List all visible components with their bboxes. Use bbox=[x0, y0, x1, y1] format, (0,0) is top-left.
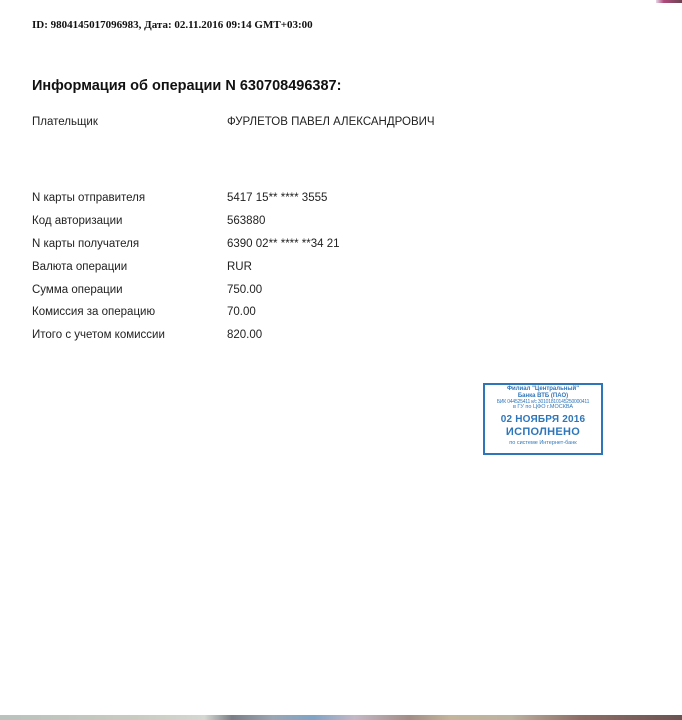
recipient-card-row: N карты получателя 6390 02** **** **34 2… bbox=[32, 238, 532, 254]
stamp-date: 02 НОЯБРЯ 2016 bbox=[485, 415, 601, 425]
currency-value: RUR bbox=[227, 261, 252, 273]
sender-card-value: 5417 15** **** 3555 bbox=[227, 192, 327, 204]
currency-row: Валюта операции RUR bbox=[32, 261, 532, 277]
payer-label: Плательщик bbox=[32, 116, 98, 128]
currency-label: Валюта операции bbox=[32, 261, 127, 273]
amount-value: 750.00 bbox=[227, 284, 262, 296]
recipient-card-label: N карты получателя bbox=[32, 238, 139, 250]
fee-label: Комиссия за операцию bbox=[32, 306, 155, 318]
auth-code-label: Код авторизации bbox=[32, 215, 122, 227]
fee-value: 70.00 bbox=[227, 306, 256, 318]
recipient-card-value: 6390 02** **** **34 21 bbox=[227, 238, 340, 250]
bank-execution-stamp: Филиал "Центральный" Банка ВТБ (ПАО) БИК… bbox=[483, 383, 603, 455]
payer-value: ФУРЛЕТОВ ПАВЕЛ АЛЕКСАНДРОВИЧ bbox=[227, 116, 435, 128]
sender-card-row: N карты отправителя 5417 15** **** 3555 bbox=[32, 192, 532, 208]
stamp-gu: в ГУ по ЦФО г.МОСКВА bbox=[485, 405, 601, 411]
stamp-branch: Филиал "Центральный" bbox=[485, 386, 601, 392]
document-id-date-header: ID: 9804145017096983, Дата: 02.11.2016 0… bbox=[32, 19, 313, 31]
payer-row: Плательщик ФУРЛЕТОВ ПАВЕЛ АЛЕКСАНДРОВИЧ bbox=[32, 116, 532, 132]
total-label: Итого с учетом комиссии bbox=[32, 329, 165, 341]
photo-background-edge-bottom bbox=[0, 715, 682, 720]
operation-title: Информация об операции N 630708496387: bbox=[32, 78, 341, 94]
auth-code-value: 563880 bbox=[227, 215, 265, 227]
amount-row: Сумма операции 750.00 bbox=[32, 284, 532, 300]
sender-card-label: N карты отправителя bbox=[32, 192, 145, 204]
stamp-status: ИСПОЛНЕНО bbox=[485, 427, 601, 438]
stamp-channel: по системе Интернет-банк bbox=[485, 441, 601, 447]
amount-label: Сумма операции bbox=[32, 284, 123, 296]
total-value: 820.00 bbox=[227, 329, 262, 341]
total-row: Итого с учетом комиссии 820.00 bbox=[32, 329, 532, 345]
photo-background-edge-top bbox=[656, 0, 682, 3]
auth-code-row: Код авторизации 563880 bbox=[32, 215, 532, 231]
fee-row: Комиссия за операцию 70.00 bbox=[32, 306, 532, 322]
